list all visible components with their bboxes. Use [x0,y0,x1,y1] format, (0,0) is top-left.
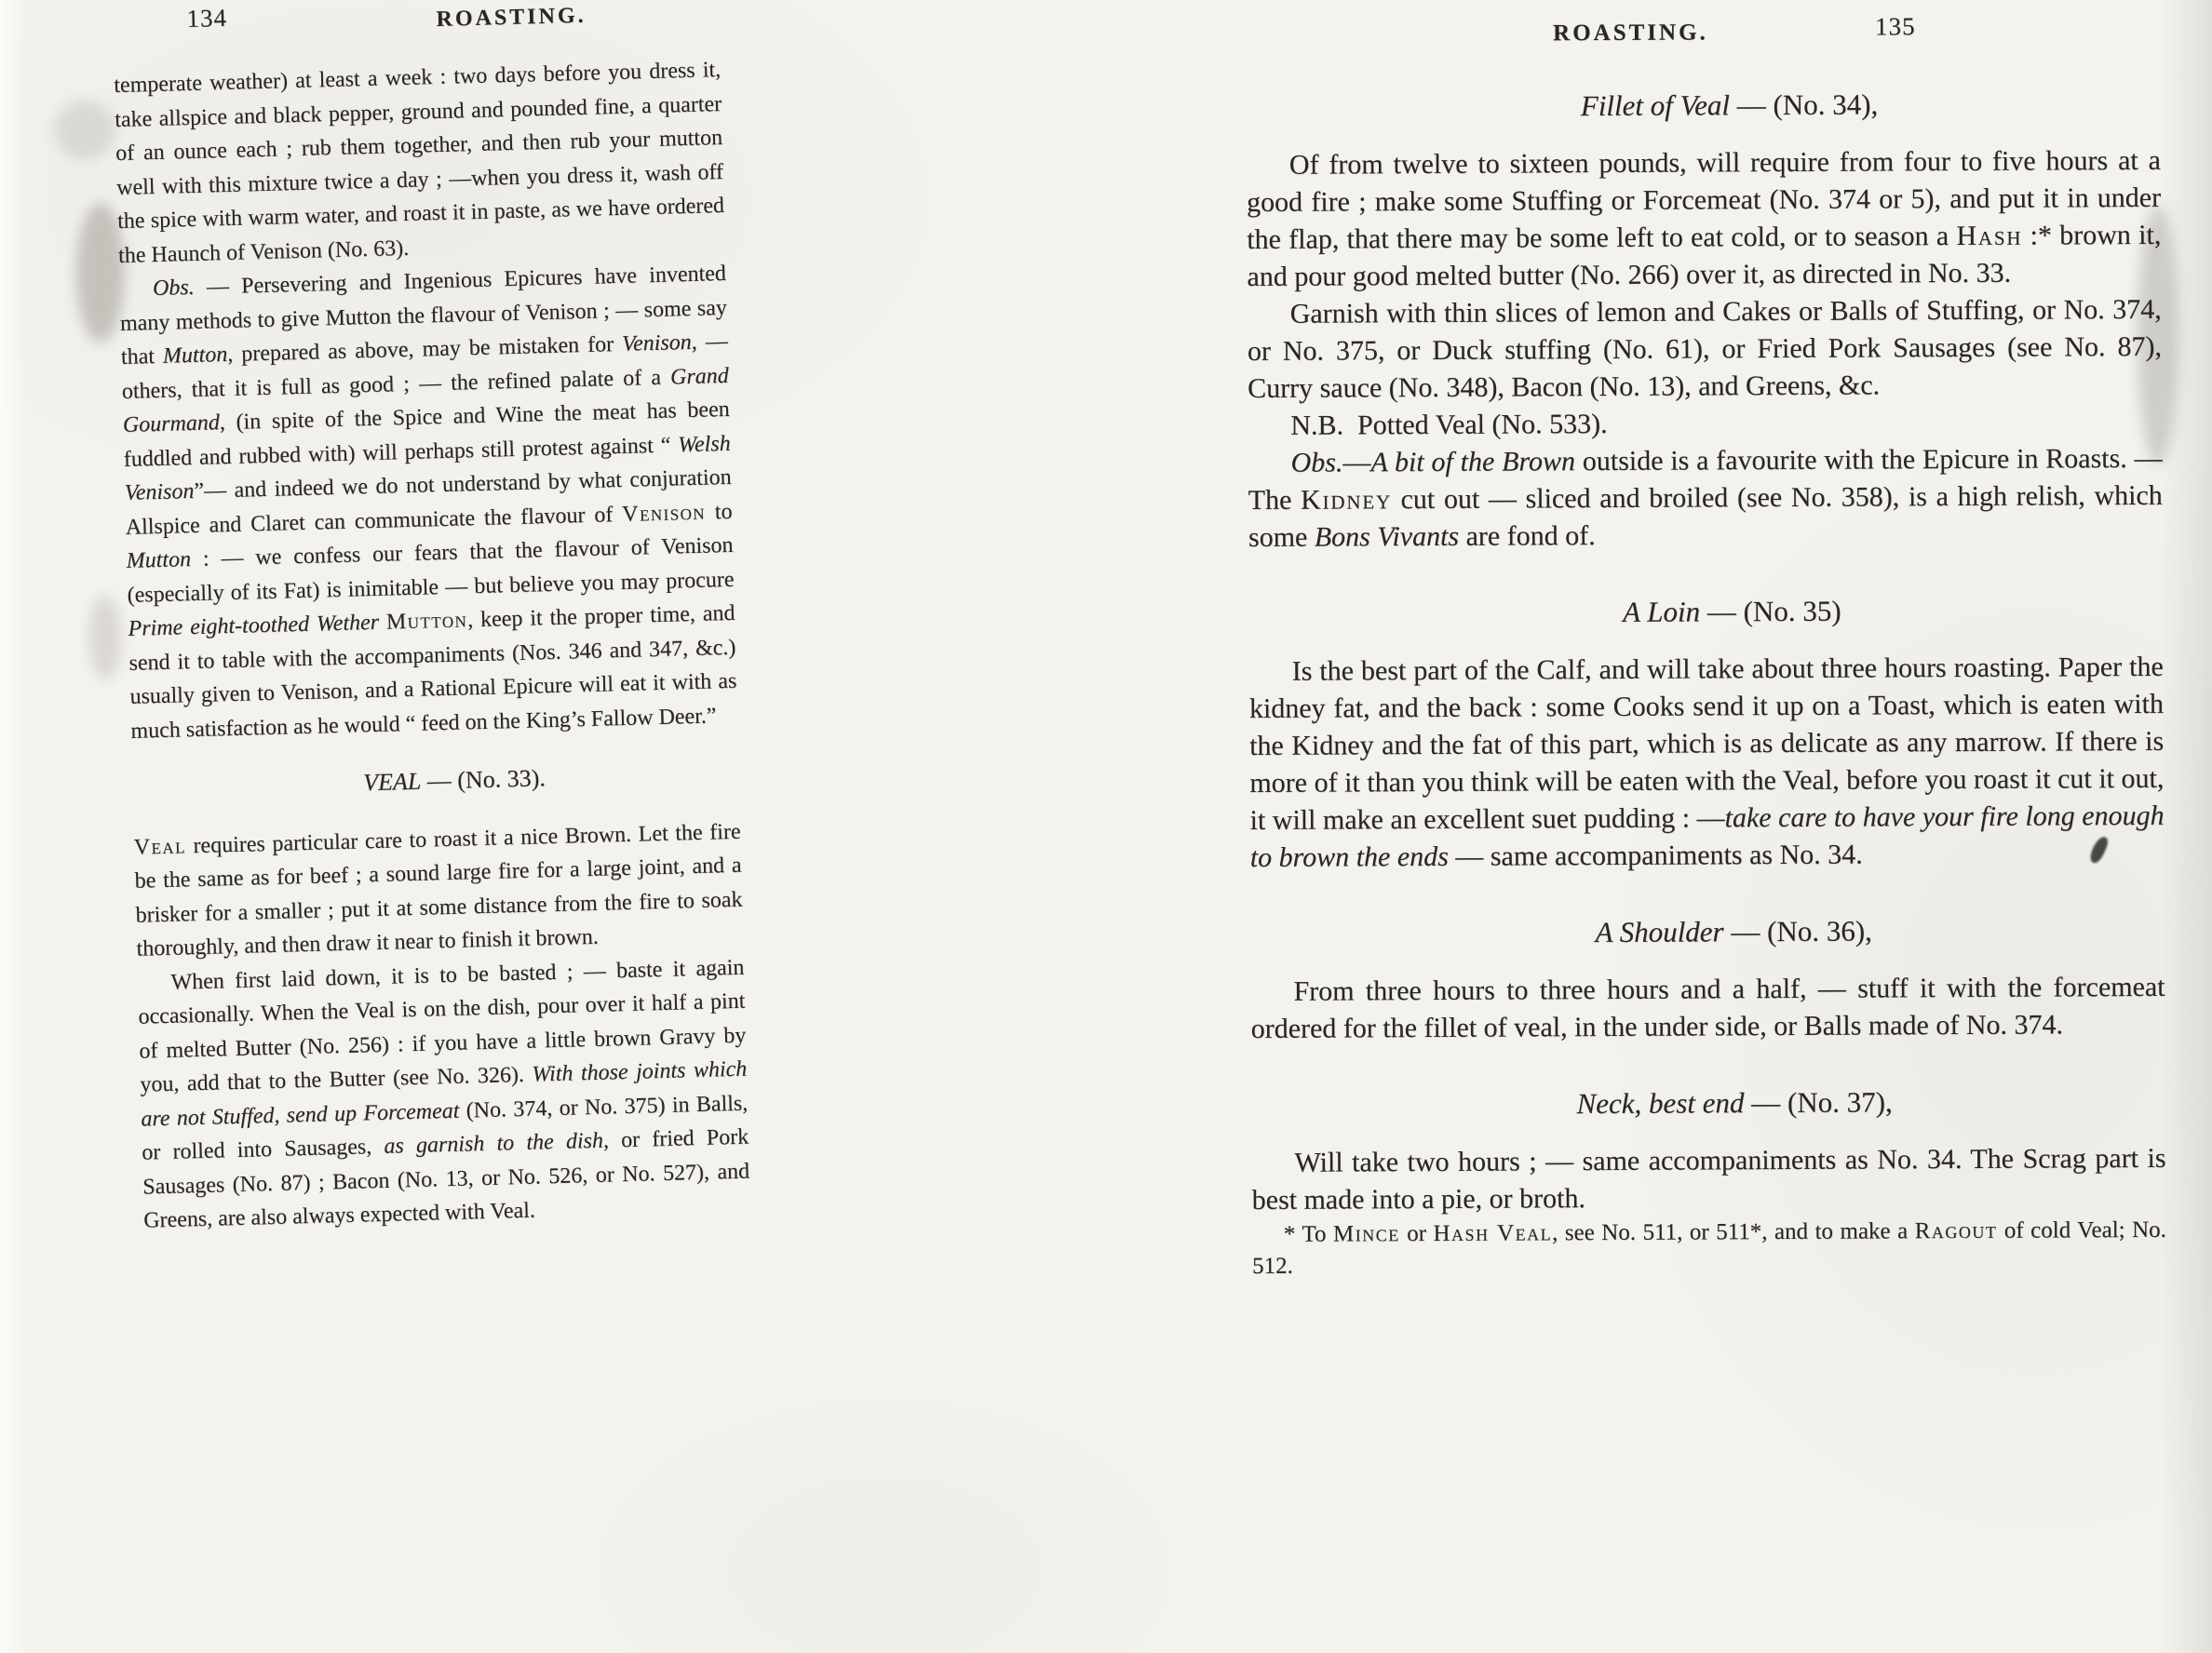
paragraph-obs-mutton-venison: Obs. — Persevering and Ingenious Epicure… [119,257,738,748]
left-running-header: ROASTING. [436,0,587,36]
paragraph-veal-basting-garnish: When first laid down, it is to be basted… [137,950,750,1238]
paragraph-fillet-obs: Obs.—A bit of the Brown outside is a fav… [1248,440,2163,557]
scan-smudge [54,101,115,160]
heading-veal-no-33: VEAL — (No. 33). [132,757,740,807]
paragraph-fillet-nb: N.B. Potted Veal (No. 533). [1248,403,2162,445]
paragraph-mutton-venison-continuation: temperate weather) at least a week : two… [114,53,726,273]
right-page: ROASTING. 135 Fillet of Veal — (No. 34),… [1246,5,2166,1283]
left-page-number: 134 [186,1,227,36]
paragraph-fillet-directions: Of from twelve to sixteen pounds, will r… [1247,142,2162,296]
paragraph-veal-roasting: Veal requires particular care to roast i… [133,814,744,966]
heading-a-loin-no-35: A Loin — (No. 35) [1248,591,2163,633]
heading-a-shoulder-no-36: A Shoulder — (No. 36), [1250,911,2165,953]
right-page-header: ROASTING. 135 [1246,5,2160,50]
right-page-number: 135 [1875,7,1916,45]
paragraph-shoulder-directions: From three hours to three hours and a ha… [1250,969,2165,1048]
page-edge-highlight [0,0,28,1653]
paragraph-fillet-garnish: Garnish with thin slices of lemon and Ca… [1248,291,2163,408]
paragraph-neck-directions: Will take two hours ; — same accompanime… [1251,1140,2165,1219]
paragraph-loin-directions: Is the best part of the Calf, and will t… [1249,649,2165,877]
left-page: 134 ROASTING. temperate weather) at leas… [112,0,751,1238]
right-running-header: ROASTING. [1553,14,1708,52]
scan-smudge [89,596,121,679]
heading-fillet-of-veal-no-34: Fillet of Veal — (No. 34), [1246,85,2160,127]
book-scan: 134 ROASTING. temperate weather) at leas… [0,0,2212,1653]
footnote-mince-hash-ragout: * To Mince or Hash Veal, see No. 511, or… [1252,1215,2166,1283]
heading-neck-best-end-no-37: Neck, best end — (No. 37), [1251,1082,2165,1124]
left-page-header: 134 ROASTING. [112,0,720,45]
